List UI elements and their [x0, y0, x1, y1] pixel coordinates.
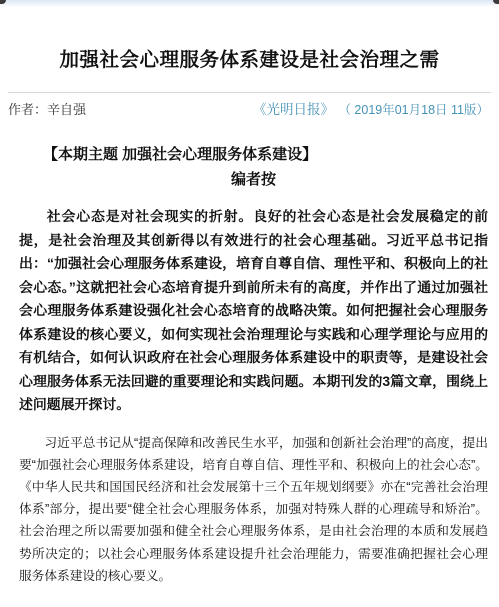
publication-edition: （ 2019年01月18日 11版）: [338, 103, 489, 117]
editor-note-paragraph: 社会心态是对社会现实的折射。良好的社会心态是社会发展稳定的前提，是社会治理及其创…: [19, 205, 488, 417]
body-paragraph: 习近平总书记从“提高保障和改善民生水平，加强和创新社会治理”的高度，提出要“加强…: [19, 432, 488, 587]
publication-info: 《光明日报》 （ 2019年01月18日 11版）: [253, 101, 489, 119]
window-corner-artifact-right: [493, 0, 499, 4]
editor-note-heading: 编者按: [19, 170, 488, 190]
issue-topic-line: 【本期主题 加强社会心理服务体系建设】: [19, 145, 488, 165]
top-edge-band: [0, 0, 499, 7]
title-divider: [8, 92, 491, 93]
article-page: 加强社会心理服务体系建设是社会治理之需 作者：辛自强 《光明日报》 （ 2019…: [0, 0, 499, 607]
publication-name-link[interactable]: 《光明日报》: [253, 102, 334, 117]
article-title: 加强社会心理服务体系建设是社会治理之需: [20, 47, 479, 74]
author-label: 作者：辛自强: [8, 101, 86, 119]
meta-row: 作者：辛自强 《光明日报》 （ 2019年01月18日 11版）: [0, 101, 499, 119]
article-body: 【本期主题 加强社会心理服务体系建设】 编者按 社会心态是对社会现实的折射。良好…: [0, 145, 499, 587]
